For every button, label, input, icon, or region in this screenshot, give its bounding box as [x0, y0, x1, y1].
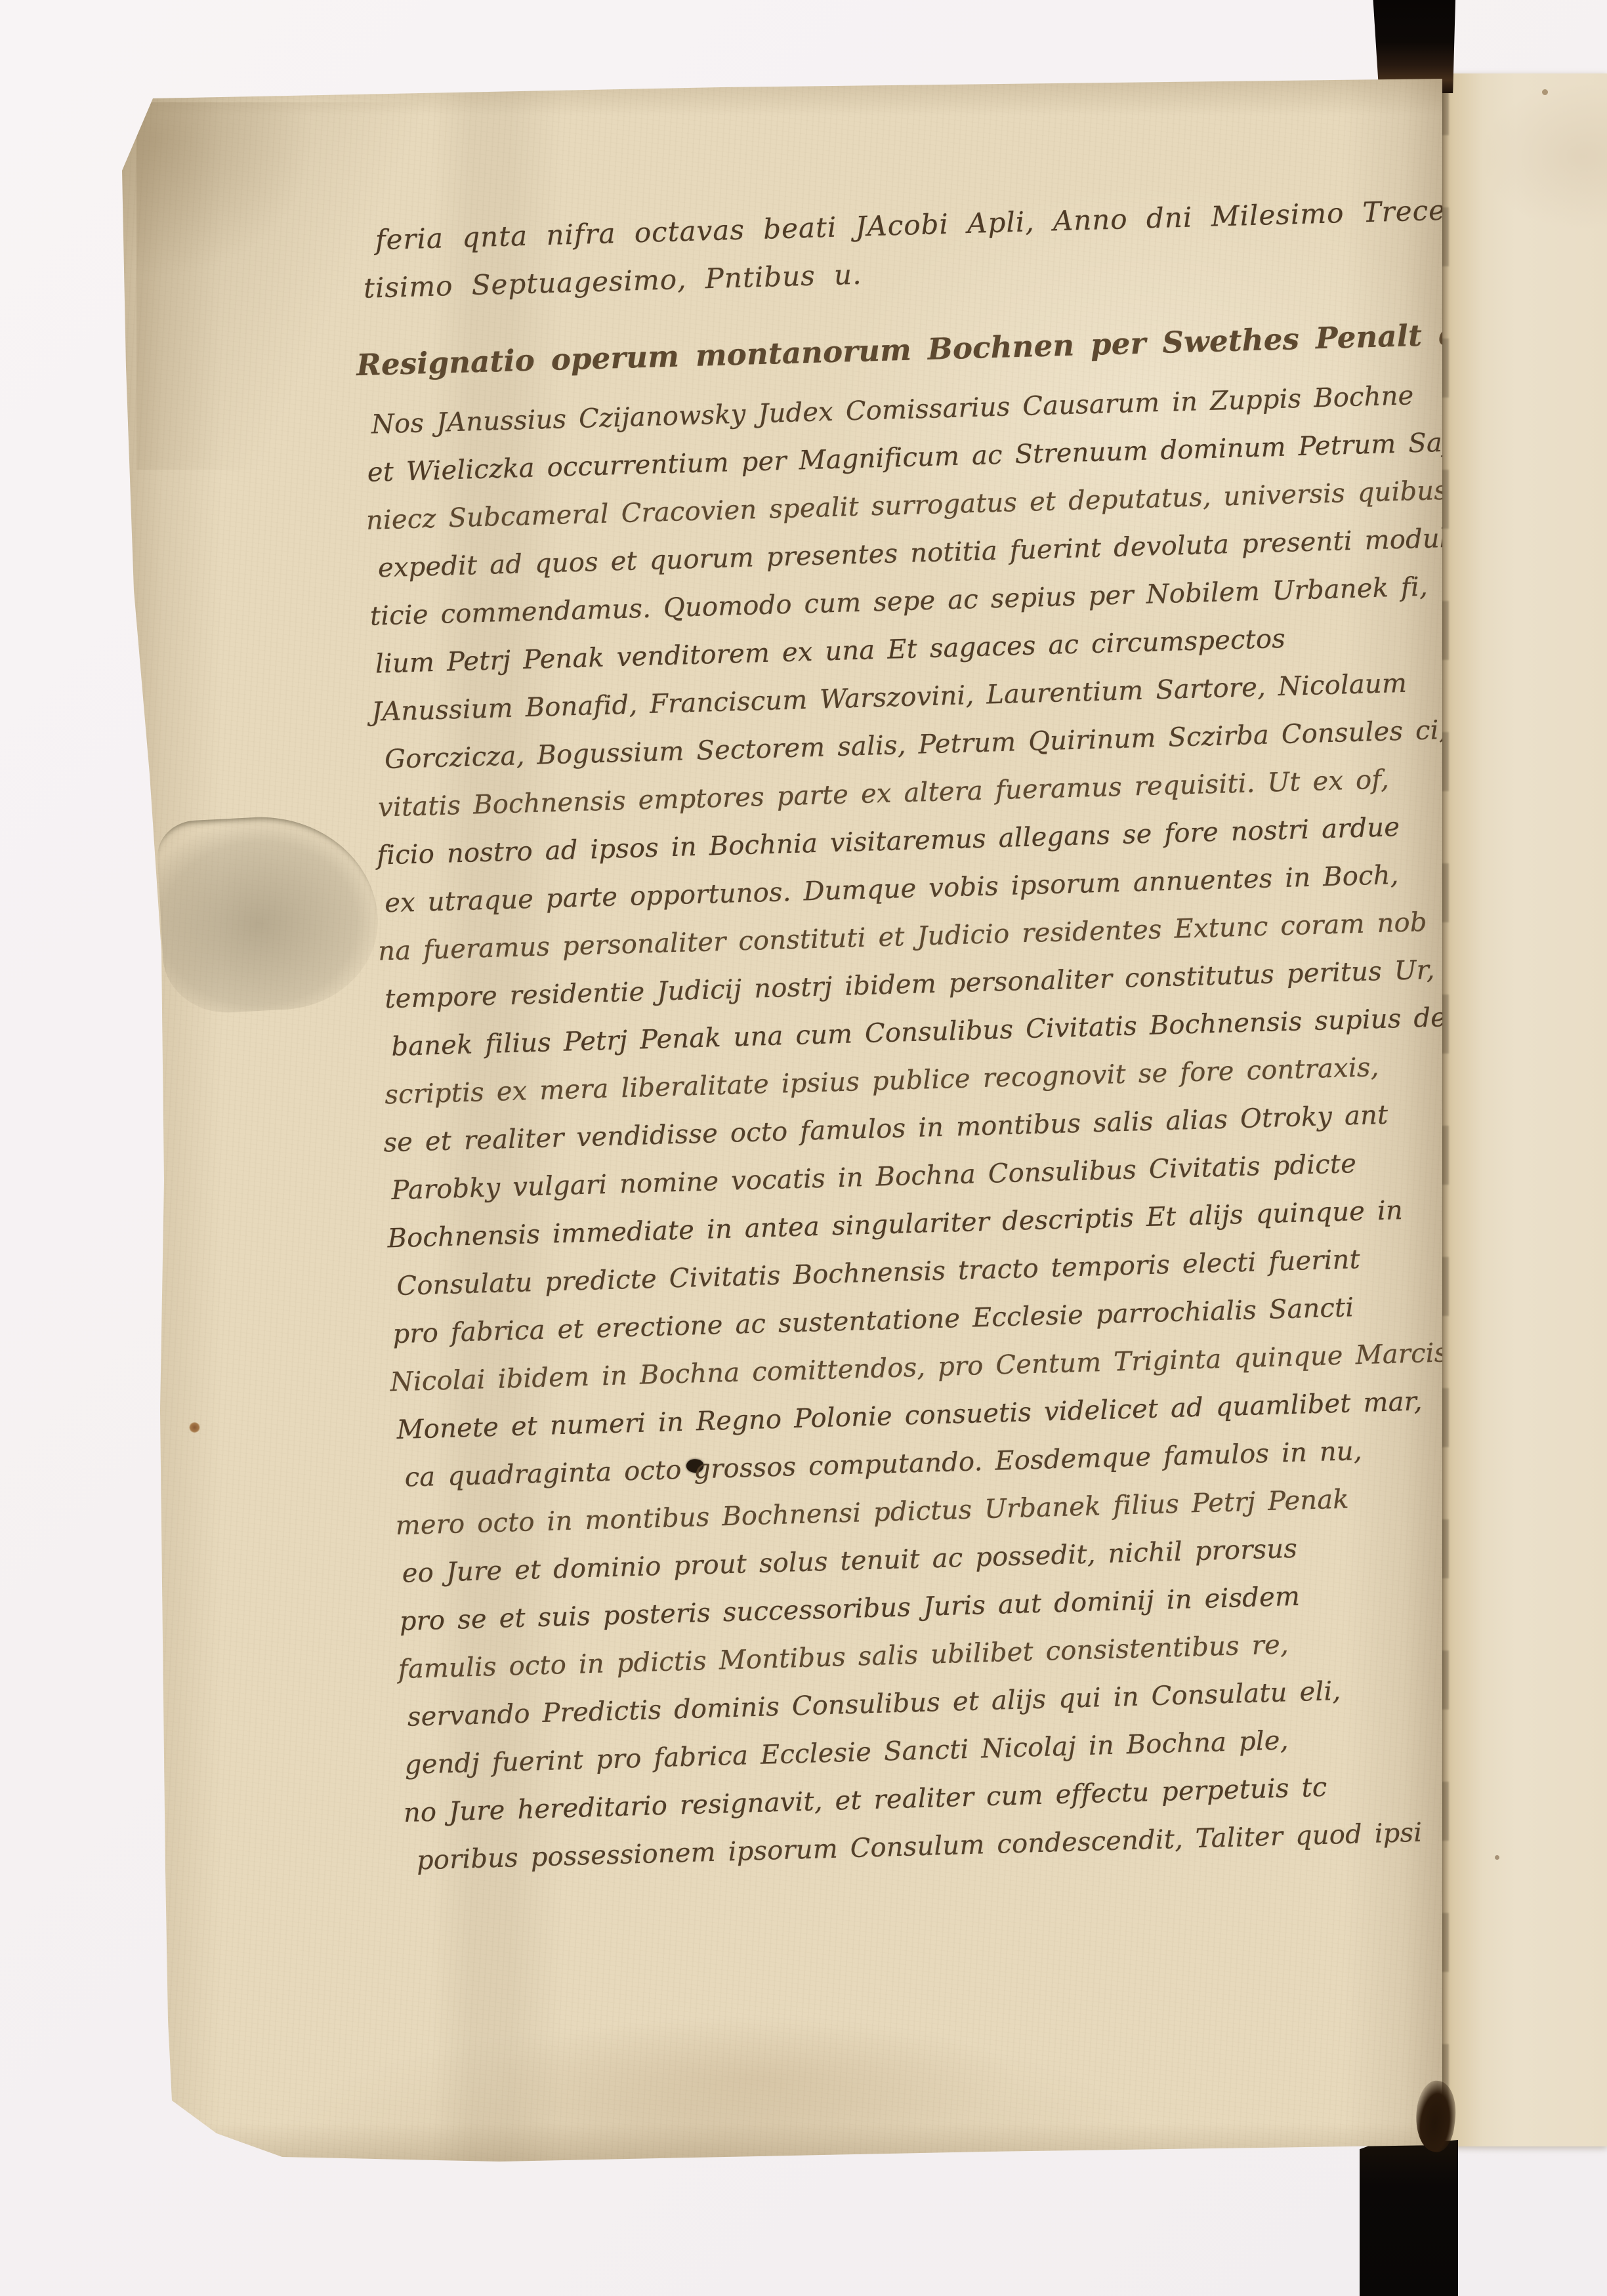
stain-patch	[156, 811, 383, 1016]
paper-speck	[1495, 1855, 1499, 1860]
adjacent-page	[1437, 73, 1607, 2146]
manuscript-page: feria qnta nifra octavas beati JAcobi Ap…	[117, 76, 1442, 2169]
brown-spot	[189, 1422, 200, 1433]
binding-strap-bottom	[1360, 2140, 1458, 2296]
scan-background: feria qnta nifra octavas beati JAcobi Ap…	[0, 0, 1607, 2296]
water-stain	[458, 2008, 1049, 2149]
manuscript-text: feria qnta nifra octavas beati JAcobi Ap…	[358, 186, 1493, 1885]
paper-speck	[1542, 89, 1548, 95]
